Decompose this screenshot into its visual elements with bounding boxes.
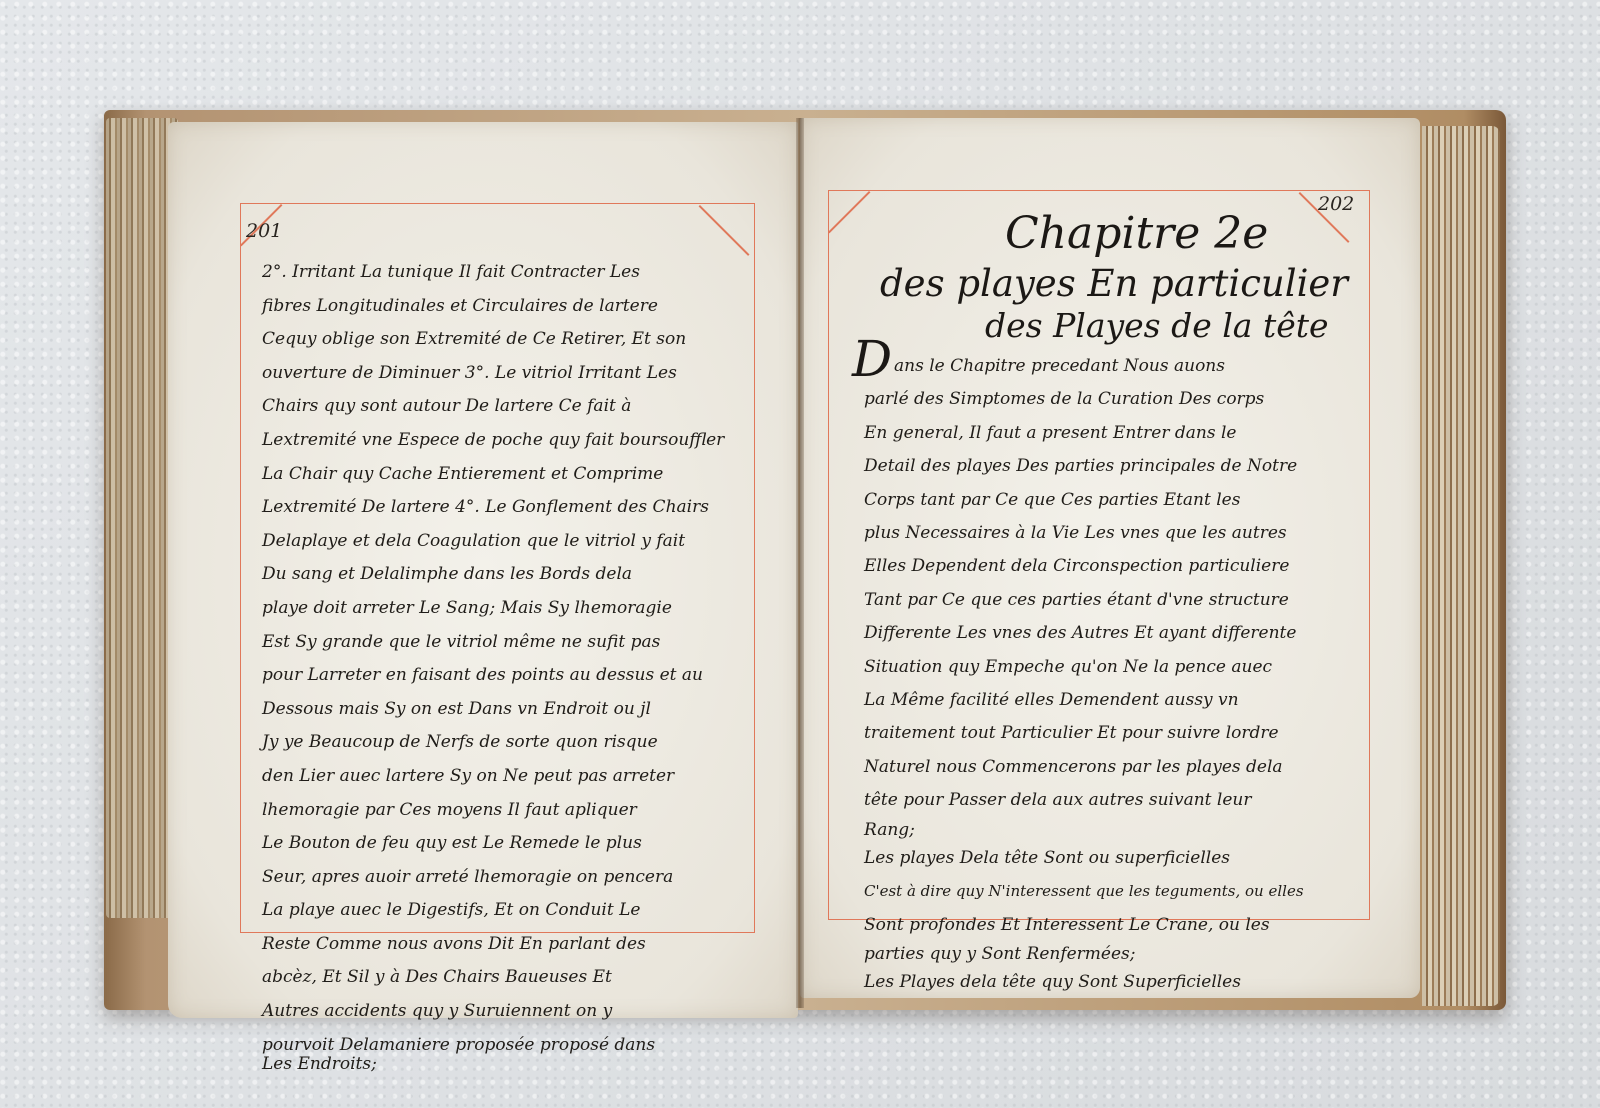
text-line: fibres Longitudinales et Circulaires de …: [262, 290, 724, 324]
text-line: Naturel nous Commencerons par les playes…: [864, 751, 1304, 784]
text-line: Corps tant par Ce que Ces parties Etant …: [864, 484, 1304, 517]
text-line: parties quy y Sont Renfermées;: [864, 942, 1304, 966]
text-line: Est Sy grande que le vitriol même ne suf…: [262, 626, 724, 660]
text-line: Differente Les vnes des Autres Et ayant …: [864, 617, 1304, 650]
text-line: En general, Il faut a present Entrer dan…: [864, 417, 1304, 450]
text-line: Seur, apres auoir arreté lhemoragie on p…: [262, 861, 724, 895]
text-line: tête pour Passer dela aux autres suivant…: [864, 784, 1304, 817]
text-line: La playe auec le Digestifs, Et on Condui…: [262, 894, 724, 928]
text-line: Autres accidents quy y Suruiennent on y: [262, 995, 724, 1029]
text-line: Jy ye Beaucoup de Nerfs de sorte quon ri…: [262, 726, 724, 760]
text-line: abcèz, Et Sil y à Des Chairs Baueuses Et: [262, 961, 724, 995]
text-line: plus Necessaires à la Vie Les vnes que l…: [864, 517, 1304, 550]
section-title: des Playes de la tête: [985, 306, 1329, 345]
text-line: Sont profondes Et Interessent Le Crane, …: [864, 909, 1304, 942]
right-page-edges: [1422, 126, 1500, 1006]
text-line: Delaplaye et dela Coagulation que le vit…: [262, 525, 724, 559]
text-line: Chairs quy sont autour De lartere Ce fai…: [262, 390, 724, 424]
text-line: Le Bouton de feu quy est Le Remede le pl…: [262, 827, 724, 861]
text-line: Reste Comme nous avons Dit En parlant de…: [262, 928, 724, 962]
text-line: C'est à dire quy N'interessent que les t…: [864, 875, 1304, 908]
text-line: playe doit arreter Le Sang; Mais Sy lhem…: [262, 592, 724, 626]
text-line: 2°. Irritant La tunique Il fait Contract…: [262, 256, 724, 290]
text-line: Les playes Dela tête Sont ou superficiel…: [864, 842, 1304, 875]
chapter-title: Chapitre 2e: [1005, 208, 1268, 259]
right-page-text: ans le Chapitre precedant Nous auons par…: [864, 350, 1304, 999]
text-line: Rang;: [864, 818, 1304, 842]
text-line: Cequy oblige son Extremité de Ce Retirer…: [262, 323, 724, 357]
text-line: den Lier auec lartere Sy on Ne peut pas …: [262, 760, 724, 794]
text-line: Elles Dependent dela Circonspection part…: [864, 550, 1304, 583]
text-line: La Chair quy Cache Entierement et Compri…: [262, 458, 724, 492]
text-line: Detail des playes Des parties principale…: [864, 450, 1304, 483]
text-line: Du sang et Delalimphe dans les Bords del…: [262, 558, 724, 592]
book-gutter: [796, 118, 804, 1008]
text-line: Dessous mais Sy on est Dans vn Endroit o…: [262, 693, 724, 727]
page-number-right: 202: [1318, 193, 1354, 215]
chapter-subtitle: des playes En particulier: [880, 262, 1348, 305]
text-line: La Même facilité elles Demendent aussy v…: [864, 684, 1304, 717]
text-line: ouverture de Diminuer 3°. Le vitriol Irr…: [262, 357, 724, 391]
page-number-left: 201: [246, 220, 282, 242]
text-line: pour Larreter en faisant des points au d…: [262, 659, 724, 693]
text-line: ans le Chapitre precedant Nous auons: [864, 350, 1304, 383]
text-line: Les Playes dela tête quy Sont Superficie…: [864, 966, 1304, 999]
text-line: Situation quy Empeche qu'on Ne la pence …: [864, 651, 1304, 684]
text-line: Tant par Ce que ces parties étant d'vne …: [864, 584, 1304, 617]
text-line: parlé des Simptomes de la Curation Des c…: [864, 383, 1304, 416]
text-line: Lextremité De lartere 4°. Le Gonflement …: [262, 491, 724, 525]
left-page-text: 2°. Irritant La tunique Il fait Contract…: [262, 256, 724, 1082]
text-line: Lextremité vne Espece de poche quy fait …: [262, 424, 724, 458]
text-line: lhemoragie par Ces moyens Il faut apliqu…: [262, 794, 724, 828]
text-line: traitement tout Particulier Et pour suiv…: [864, 717, 1304, 750]
open-manuscript-book: 201 2°. Irritant La tunique Il fait Cont…: [0, 0, 1600, 1108]
